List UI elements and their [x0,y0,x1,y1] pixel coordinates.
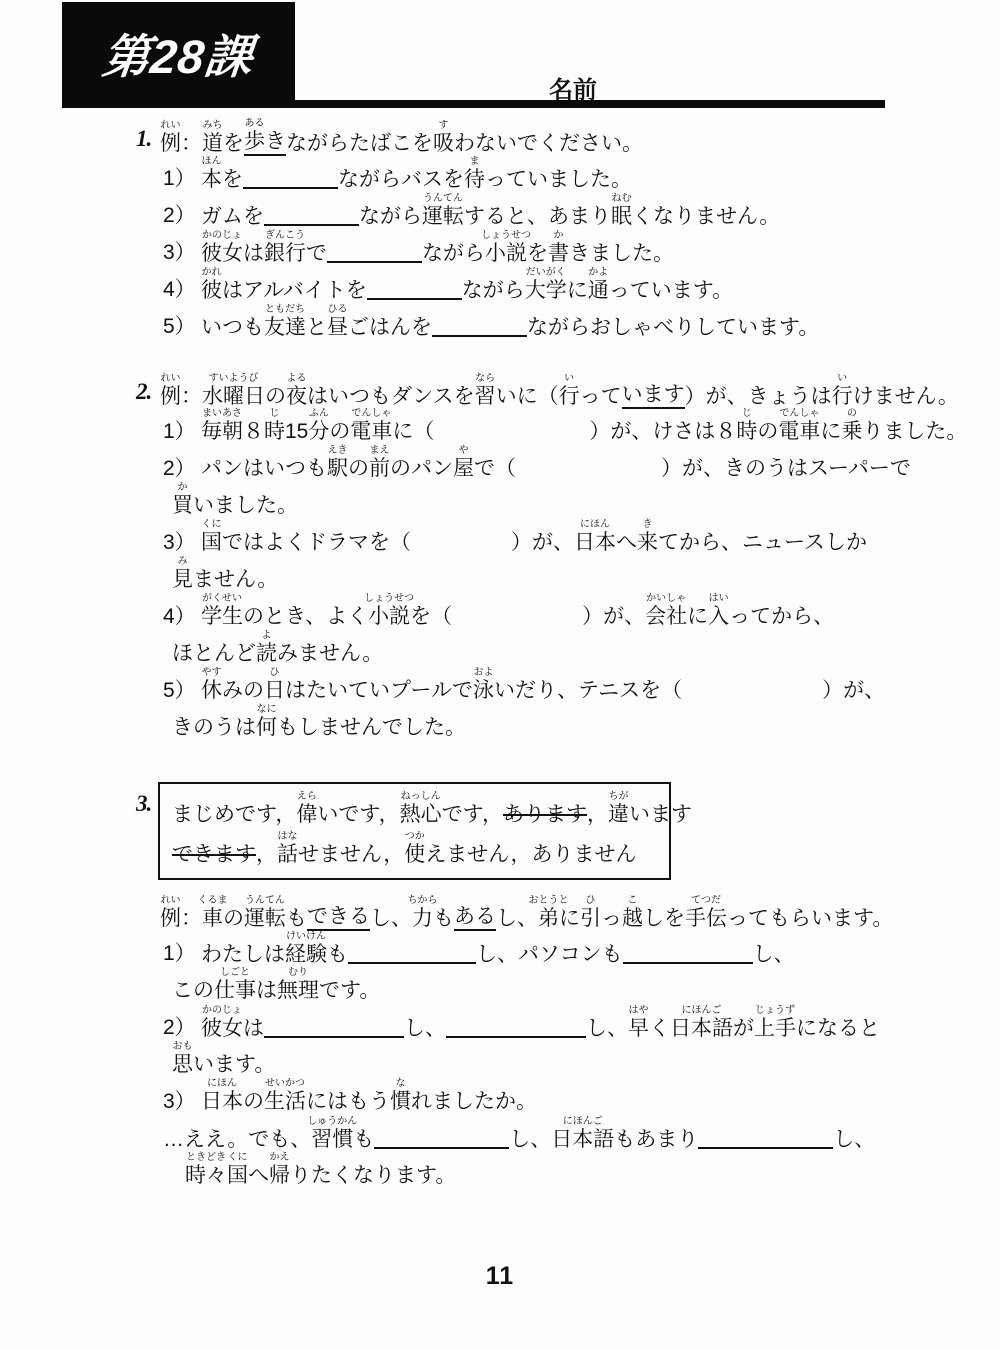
furigana: じ [270,409,280,419]
furigana: ひ [270,668,280,678]
text-segment: 毎朝まいあさ [201,420,243,444]
furigana: やす [202,668,222,678]
text-segment: ではよくドラマを（ [222,531,411,555]
text-segment: 電車でんしゃ [778,420,820,444]
furigana: かのじょ [202,231,242,241]
text-segment: は [243,242,264,266]
item-number: 1） [163,167,201,191]
text-segment: ）が、 [822,679,885,703]
furigana: じょうず [755,1006,795,1016]
text-segment: 例れい [160,385,181,409]
text-segment: ， [587,803,608,827]
item-number: 5） [163,315,201,339]
text-segment: 国くに [227,1164,248,1188]
text-segment: に [687,605,708,629]
text-segment: し、 [509,1128,551,1152]
text-segment: 彼女かのじょ [201,1017,243,1041]
blank-line [698,1127,833,1149]
text-segment: を [223,132,244,156]
text-segment: 時じ [736,420,757,444]
furigana: えら [297,792,317,802]
text-segment: し、 [404,1017,446,1041]
text-segment: います [622,383,685,409]
text-segment: 銀行ぎんこう [264,242,306,266]
worksheet-line: 5）いつも友達ともだちと昼ひるごはんをながらおしゃべりしています。 [163,302,1000,339]
text-segment: いです， [317,803,399,827]
text-segment: 彼かれ [201,279,222,303]
text-segment: し、 [586,1017,628,1041]
furigana: き [643,520,653,530]
furigana: およ [473,668,493,678]
text-segment: ある [454,905,496,931]
text-segment: の [329,420,350,444]
text-segment: を（ [410,605,452,629]
blank-line [348,942,476,964]
worksheet-line: この仕事しごとは無理むりです。 [172,966,1000,1003]
text-segment: 例れい [160,907,181,931]
text-segment: 行い [832,385,853,409]
text-segment: ： [181,907,202,931]
text-segment: も [286,907,307,931]
worksheet-line: 4）彼かれはアルバイトをながら大学だいがくに通かよっています。 [163,265,1000,302]
furigana: か [554,231,564,241]
worksheet-line: 時々ときどき国くにへ帰かえりたくなります。 [185,1151,1000,1188]
text-segment: へ [248,1164,269,1188]
text-segment: 分ふん [308,420,329,444]
text-segment: 本ほん [201,168,222,192]
furigana: や [459,446,469,456]
furigana: ひ [586,896,596,906]
text-segment: は [256,979,277,1003]
furigana: にほん [580,520,610,530]
section: 3.まじめです，偉えらいです，熱心ねっしんです，あります，違ちがいますできます，… [120,782,1000,1188]
worksheet-line: 見みません。 [172,555,1000,592]
text-segment: 習慣しゅうかん [311,1128,353,1152]
text-segment: しを [643,907,685,931]
item-number: 2） [163,204,201,228]
text-segment: ）が、けさは８ [589,420,736,444]
line-text: …ええ。でも、習慣しゅうかんもし、日本語にほんごもあまりし、 [163,1128,875,1151]
text-segment: 日本にほん [201,1090,243,1114]
blank-line [623,942,753,964]
worksheet-line: 例れい：道みちを歩あるきながらたばこを吸すわないでください。 [160,117,1000,154]
furigana: てつだ [691,896,721,906]
furigana: ときどき [186,1153,226,1163]
text-segment: もしませんでした。 [277,716,466,740]
furigana: はい [709,594,729,604]
text-segment: っていました。 [485,168,632,192]
line-text: この仕事しごとは無理むりです。 [172,979,380,1002]
text-segment: も [433,907,454,931]
text-segment: ながら [422,242,485,266]
text-segment: ながらバスを [338,168,464,192]
text-segment: 15 [285,420,308,444]
item-number: 3） [163,241,201,265]
line-text: わたしは経験けいけんもし、パソコンもし、 [201,942,795,966]
text-segment: ってから、 [729,605,834,629]
furigana: す [439,121,449,131]
text-segment: 熱心ねっしん [400,803,442,827]
text-segment: ってもらいます。 [727,907,893,931]
text-segment: 小説しょうせつ [485,242,527,266]
furigana: だいがく [526,268,566,278]
text-segment: ガムを [201,205,264,229]
text-segment: の [265,385,286,409]
furigana: うんてん [245,896,285,906]
item-number: 2） [163,457,201,481]
text-segment: 待ま [464,168,485,192]
text-segment: 乗の [841,420,862,444]
furigana: ねむ [612,194,632,204]
furigana: なら [475,374,495,384]
text-segment: の [223,907,244,931]
furigana: ほん [202,157,222,167]
furigana: な [396,1079,406,1089]
text-segment: 手伝てつだ [685,907,727,931]
text-segment: 車くるま [202,907,223,931]
item-number: 1） [163,420,201,444]
text-segment: も [327,943,348,967]
furigana: にほんご [682,1006,722,1016]
text-segment: 屋や [453,457,474,481]
furigana: つか [405,832,425,842]
text-segment: 入はい [708,605,729,629]
worksheet-line: 3）国くにではよくドラマを（）が、日本にほんへ来きてから、ニュースしか [163,518,1000,555]
text-segment: 電車でんしゃ [350,420,392,444]
worksheet-line: 2）パンはいつも駅えきの前まえのパン屋やで（）が、きのうはスーパーで [163,444,1000,481]
item-number: 1） [163,942,201,966]
text-segment: 違ちが [608,803,629,827]
text-segment: 経験けいけん [285,943,327,967]
text-segment: 道みち [202,132,223,156]
text-segment: 来き [637,531,658,555]
text-segment: 引ひ [580,907,601,931]
text-segment: いに（ [496,385,559,409]
furigana: かのじょ [202,1006,242,1016]
text-segment: 日ひ [264,679,285,703]
text-segment: 上手じょうず [754,1017,796,1041]
text-segment: 会社かいしゃ [645,605,687,629]
furigana: ちが [608,792,628,802]
furigana: い [564,374,574,384]
line-text: できます，話はなせません，使つかえません，ありません [172,843,637,866]
text-segment: ません。 [193,568,278,592]
text-segment: 行い [559,385,580,409]
furigana: はや [629,1006,649,1016]
item-number: 4） [163,605,201,629]
item-number: 3） [163,531,201,555]
worksheet-line: 買かいました。 [172,481,1000,518]
text-segment: 運転うんてん [422,205,464,229]
text-segment: 習なら [475,385,496,409]
worksheet-line: できます，話はなせません，使つかえません，ありません [172,829,663,869]
blank-line [243,167,338,189]
furigana: れい [161,896,181,906]
text-segment: みません。 [277,642,383,666]
line-text: ほとんど読よみません。 [172,642,383,665]
name-writing-line [62,100,885,108]
text-segment: 小説しょうせつ [368,605,410,629]
furigana: おとうと [529,896,569,906]
text-segment: 何なに [256,716,277,740]
text-segment: 時々ときどき [185,1164,227,1188]
text-segment: のパン [390,457,453,481]
blank-line [264,1016,404,1038]
worksheet-line: 3）彼女かのじょは銀行ぎんこうでながら小説しょうせつを書かきました。 [163,228,1000,265]
text-segment: 力ちから [412,907,433,931]
blank-line [374,1127,509,1149]
page-header: 第28課 名前 [0,0,1000,110]
section-number: 1. [136,127,151,151]
line-text: 日本にほんの生活せいかつにはもう慣なれましたか。 [201,1090,537,1114]
text-segment: ）が、 [582,605,645,629]
text-segment: 思おも [172,1053,193,1077]
furigana: ともだち [265,305,305,315]
text-segment: ： [181,385,202,409]
text-segment: へ [616,531,637,555]
text-segment: 学生がくせい [201,605,243,629]
line-text: 国くにではよくドラマを（）が、日本にほんへ来きてから、ニュースしか [201,531,867,555]
text-segment: の [757,420,778,444]
text-segment: きのうは [172,716,256,740]
worksheet-line: 例れい：水曜日すいようびの夜よるはいつもダンスを習ならいに（行いっています）が、… [160,370,1000,407]
furigana: でんしゃ [779,409,819,419]
furigana: すいようび [209,374,259,384]
blank-line [367,278,462,300]
text-segment: 無理むり [277,979,319,1003]
text-segment: 早はや [628,1017,649,1041]
furigana: ぎんこう [265,231,305,241]
furigana: ま [470,157,480,167]
text-segment: ： [181,132,202,156]
line-text: ガムをながら運転うんてんすると、あまり眠ねむくなりません。 [201,204,780,228]
furigana: ちから [408,896,438,906]
text-segment: 夜よる [286,385,307,409]
furigana: ふん [309,409,329,419]
text-segment: にはもう [306,1090,390,1114]
line-text: 例れい：車くるまの運転うんてんもできるし、力ちからもあるし、弟おとうとに引ひっ越… [160,907,893,930]
text-segment: 使つか [404,843,425,867]
text-segment: いだり、テニスを（ [494,679,682,703]
text-segment: ながらたばこを [286,132,433,156]
furigana: くるま [198,896,228,906]
text-segment: パンはいつも [201,457,327,481]
text-segment: ， [256,843,277,867]
blank-line [264,204,359,226]
line-text: 例れい：道みちを歩あるきながらたばこを吸すわないでください。 [160,132,643,155]
item-number: 4） [163,278,201,302]
text-segment: 休やす [201,679,222,703]
text-segment: 日本語にほんご [551,1128,614,1152]
text-segment: になると [796,1017,880,1041]
text-segment: 駅えき [327,457,348,481]
text-segment: し、 [753,943,795,967]
text-segment: ８ [243,420,264,444]
text-segment: 昼ひる [327,316,348,340]
text-segment: てから、ニュースしか [658,531,867,555]
text-segment: 帰かえ [269,1164,290,1188]
text-segment: 偉えら [296,803,317,827]
furigana: しょうせつ [481,231,531,241]
text-segment: すると、あまり [464,205,611,229]
worksheet-line: …ええ。でも、習慣しゅうかんもし、日本語にほんごもあまりし、 [163,1114,1000,1151]
furigana: の [847,409,857,419]
furigana: れい [161,374,181,384]
text-segment: の [243,1090,264,1114]
text-segment: が [733,1017,754,1041]
lesson-badge: 第28課 [62,2,295,104]
furigana: み [178,557,188,567]
furigana: じ [742,409,752,419]
text-segment: 彼女かのじょ [201,242,243,266]
furigana: はな [278,832,298,842]
item-number: 5） [163,679,201,703]
furigana: まえ [370,446,390,456]
line-text: 時々ときどき国くにへ帰かえりたくなります。 [185,1164,456,1187]
text-segment: 話はな [277,843,298,867]
furigana: なに [257,705,277,715]
text-segment: ）が、 [511,531,574,555]
line-text: 本ほんをながらバスを待まっていました。 [201,167,632,191]
text-segment: はいつもダンスを [307,385,475,409]
worksheet-line: 2）ガムをながら運転うんてんすると、あまり眠ねむくなりません。 [163,191,1000,228]
text-segment: 読よ [256,642,277,666]
text-segment: 見み [172,568,193,592]
line-text: まじめです，偉えらいです，熱心ねっしんです，あります，違ちがいます [172,803,692,826]
text-segment: この [172,979,214,1003]
furigana: むり [288,968,308,978]
line-text: 彼女かのじょは銀行ぎんこうでながら小説しょうせつを書かきました。 [201,241,674,265]
text-segment: です。 [319,979,380,1003]
text-segment: し、 [496,907,538,931]
item-number: 2） [163,1016,201,1040]
text-segment: で（ [474,457,516,481]
text-segment: 生活せいかつ [264,1090,306,1114]
line-text: パンはいつも駅えきの前まえのパン屋やで（）が、きのうはスーパーで [201,457,911,481]
furigana: ねっしん [401,792,441,802]
text-segment: くなりません。 [632,205,780,229]
furigana: けいけん [286,932,326,942]
furigana: よる [287,374,307,384]
section: 1.例れい：道みちを歩あるきながらたばこを吸すわないでください。1）本ほんをなが… [120,117,1000,339]
furigana: かれ [202,268,222,278]
text-segment: ）が、きょうは [685,385,832,409]
text-segment: ながら [462,279,525,303]
text-segment: 例れい [160,132,181,156]
furigana: にほんご [563,1117,603,1127]
line-text: 休やすみの日ひはたいていプールで泳およいだり、テニスを（）が、 [201,679,885,703]
text-segment: 慣な [390,1090,411,1114]
text-segment: ながらおしゃべりしています。 [527,316,819,340]
furigana: みち [203,121,223,131]
furigana: くに [202,520,222,530]
furigana: か [178,483,188,493]
text-segment: あります [503,803,587,827]
text-segment: いました。 [193,494,298,518]
text-segment: できる [307,905,370,931]
worksheet-line: 2）彼女かのじょはし、し、早はやく日本語にほんごが上手じょうずになると [163,1003,1000,1040]
furigana: くに [228,1153,248,1163]
text-segment: ごはんを [348,316,432,340]
furigana: ある [245,119,265,129]
text-segment: わないでください。 [454,132,643,156]
text-segment: 前まえ [369,457,390,481]
text-segment: し、 [370,907,412,931]
worksheet-body: 1.例れい：道みちを歩あるきながらたばこを吸すわないでください。1）本ほんをなが… [120,110,1000,1188]
furigana: おも [173,1042,193,1052]
text-segment: りたくなります。 [290,1164,456,1188]
line-text: 例れい：水曜日すいようびの夜よるはいつもダンスを習ならいに（行いっています）が、… [160,385,959,408]
section-number: 2. [136,380,151,404]
section: 2.例れい：水曜日すいようびの夜よるはいつもダンスを習ならいに（行いっています）… [120,370,1000,740]
text-segment: 泳およ [473,679,494,703]
text-segment: し、パソコンも [476,943,623,967]
text-segment: ほとんど [172,642,256,666]
text-segment: もあまり [614,1128,698,1152]
text-segment: と [306,316,327,340]
furigana: れい [161,121,181,131]
text-segment: はアルバイトを [222,279,367,303]
text-segment: ながら [359,205,422,229]
text-segment: えません，ありません [425,843,636,867]
furigana: こ [628,896,638,906]
blank-line [432,315,527,337]
text-segment: の [348,457,369,481]
text-segment: 買か [172,494,193,518]
line-text: 毎朝まいあさ８時じ15分ふんの電車でんしゃに（）が、けさは８時じの電車でんしゃに… [201,420,967,444]
worksheet-line: 4）学生がくせいのとき、よく小説しょうせつを（）が、会社かいしゃに入はいってから… [163,592,1000,629]
text-segment: います。 [193,1053,275,1077]
worksheet-line: 5）休やすみの日ひはたいていプールで泳およいだり、テニスを（）が、 [163,666,1000,703]
worksheet-line: まじめです，偉えらいです，熱心ねっしんです，あります，違ちがいます [172,789,663,829]
text-segment: 運転うんてん [244,907,286,931]
text-segment: まじめです， [172,803,296,827]
furigana: しゅうかん [307,1117,357,1127]
worksheet-line: 1）わたしは経験けいけんもし、パソコンもし、 [163,929,1000,966]
text-segment: りました。 [862,420,967,444]
worksheet-line: きのうは何なにもしませんでした。 [172,703,1000,740]
blank-line [446,1016,586,1038]
furigana: えき [328,446,348,456]
line-text: 見みません。 [172,568,278,591]
furigana: よ [262,631,272,641]
text-segment: 仕事しごと [214,979,256,1003]
line-text: 買かいました。 [172,494,298,517]
text-segment: ）が、きのうはスーパーで [661,457,911,481]
text-segment: に [820,420,841,444]
text-segment: はたいていプールで [285,679,473,703]
text-segment: も [353,1128,374,1152]
furigana: ひる [328,305,348,315]
text-segment: って [580,385,622,409]
furigana: せいかつ [265,1079,305,1089]
text-segment: せません， [298,843,404,867]
text-segment: けません。 [853,385,959,409]
furigana: でんしゃ [351,409,391,419]
text-segment: 日本にほん [574,531,616,555]
furigana: がくせい [202,594,242,604]
text-segment: 友達ともだち [264,316,306,340]
text-segment: です， [442,803,503,827]
text-segment: に [567,279,588,303]
furigana: しごと [220,968,250,978]
word-choice-box: まじめです，偉えらいです，熱心ねっしんです，あります，違ちがいますできます，話は… [158,782,671,880]
page-number: 11 [0,1262,1000,1291]
text-segment: のとき、よく [243,605,368,629]
furigana: かえ [270,1153,290,1163]
text-segment: で [306,242,327,266]
text-segment: できます [172,843,256,867]
